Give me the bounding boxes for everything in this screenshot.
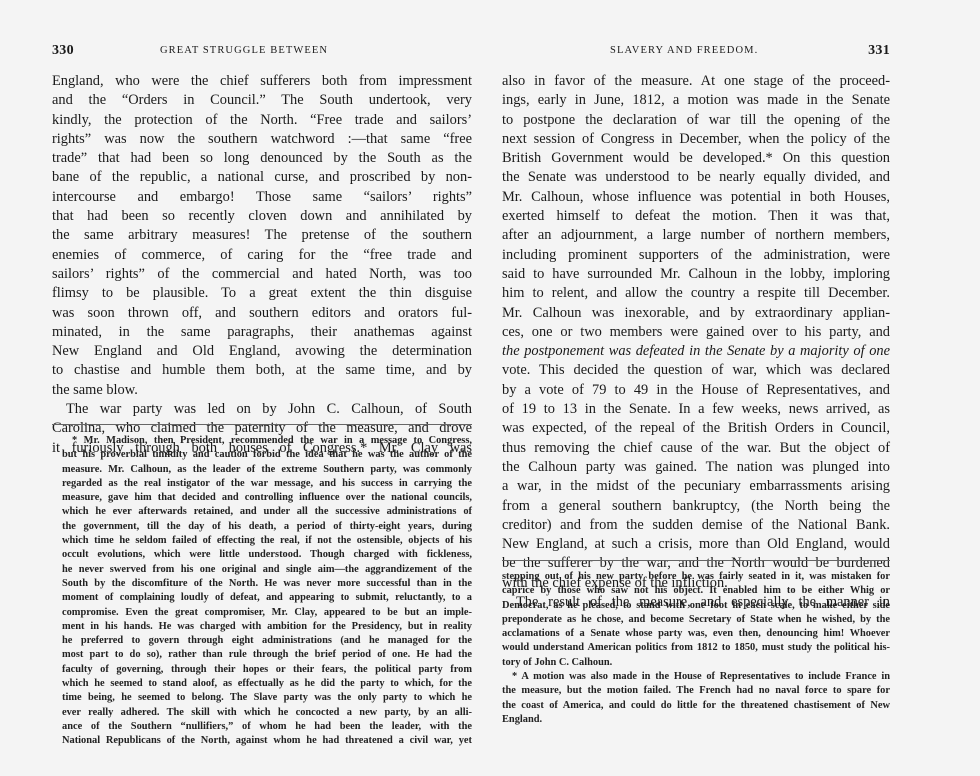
footnote-line: South by the discomfiture of the North. … [62, 577, 472, 591]
body-line: the Senate was understood to be nearly e… [502, 168, 890, 187]
body-line: and the “Orders in Council.” The South u… [52, 91, 472, 110]
body-line: ces, one or two members were gained over… [502, 323, 890, 342]
footnote-line: which he seemed to stand aloof, as effec… [62, 677, 472, 691]
body-line: was soon thrown off, and southern editor… [52, 304, 472, 323]
body-line: also in favor of the measure. At one sta… [502, 72, 890, 91]
body-line-italic: the postponement was defeated in the Sen… [502, 342, 890, 361]
body-line: exerted himself to defeat the motion. Th… [502, 207, 890, 226]
footnote-line: faculty of governing, through their hope… [62, 663, 472, 677]
footnote-line: * Mr. Madison, then President, recommend… [62, 434, 472, 448]
paragraph-start-line: The war party was led on by John C. Calh… [52, 400, 472, 419]
left-page: 330 GREAT STRUGGLE BETWEEN England, who … [52, 0, 472, 776]
footnote-line: most part to do so), rather than rule th… [62, 648, 472, 662]
body-line: to chastise and humble them both, at the… [52, 361, 472, 380]
footnote-line: acclamations of a Senate whose party was… [502, 627, 890, 641]
footnote-line: caprice by those who saw not his object.… [502, 584, 890, 598]
body-line: rights” was now the southern watchword :… [52, 130, 472, 149]
body-line: him to relent, and allow the country a r… [502, 284, 890, 303]
footnote-line: ever really adhered. The skill with whic… [62, 706, 472, 720]
footnote-divider [502, 560, 890, 561]
footnote-line: the government, till the day of his deat… [62, 520, 472, 534]
book-gutter [482, 0, 492, 776]
footnote-line: Democrat, as he pleased, to stand with o… [502, 599, 890, 613]
page-number: 330 [52, 43, 74, 59]
left-running-head: 330 GREAT STRUGGLE BETWEEN [52, 43, 472, 59]
right-footnotes: stepping out of his new party before he … [502, 570, 890, 727]
footnote-line: moment of complaining loudly of defeat, … [62, 591, 472, 605]
footnote-divider [52, 424, 472, 425]
body-line: from a general southern bankruptcy, (the… [502, 497, 890, 516]
body-line: of 19 to 13 in the Senate. In a few week… [502, 400, 890, 419]
body-line: the same arbitrary measures! The pretens… [52, 226, 472, 245]
footnote-line: he never swerved from his one original a… [62, 563, 472, 577]
footnote-line: tory of John C. Calhoun. [502, 656, 890, 670]
body-line: that had been so recently cloven down an… [52, 207, 472, 226]
footnote-line: the coast of America, and could do littl… [502, 699, 890, 713]
body-line: a war, in the midst of the pecuniary emb… [502, 477, 890, 496]
body-line: was expected, of the repeal of the Briti… [502, 419, 890, 438]
page-number: 331 [868, 43, 890, 59]
body-line: trade” that had been so long denounced b… [52, 149, 472, 168]
footnote-line: preponderate as he chose, and become Sec… [502, 613, 890, 627]
footnote-line: measure. Mr. Calhoun, as the leader of t… [62, 463, 472, 477]
footnote-line: which he ever afterwards retained, and u… [62, 505, 472, 519]
left-body-text: England, who were the chief sufferers bo… [52, 72, 472, 458]
body-line: after an adjournment, a large number of … [502, 226, 890, 245]
body-line: England, who were the chief sufferers bo… [52, 72, 472, 91]
running-head-title: GREAT STRUGGLE BETWEEN [160, 45, 328, 56]
body-line: Mr. Calhoun, whose influence was potenti… [502, 188, 890, 207]
right-running-head: SLAVERY AND FREEDOM. 331 [502, 43, 890, 59]
footnote-line: he preferred to govern through eight adm… [62, 634, 472, 648]
body-line: the same blow. [52, 381, 472, 400]
footnote-line: compromise. Even the great compromiser, … [62, 606, 472, 620]
body-line: New England and Old England, avowing the… [52, 342, 472, 361]
body-line: including prominent supporters of the ad… [502, 246, 890, 265]
footnote-line: but his proverbial timidity and caution … [62, 448, 472, 462]
body-line: British Government would be developed.* … [502, 149, 890, 168]
footnote-line: measure, gave him that decided and contr… [62, 491, 472, 505]
body-line: next session of Congress in December, wh… [502, 130, 890, 149]
footnote-line: National Republicans of the North, again… [62, 734, 472, 748]
body-line: the Calhoun party was gained. The nation… [502, 458, 890, 477]
body-line: flimsy to be plausible. To a great exten… [52, 284, 472, 303]
body-line: Mr. Calhoun was inexorable, and by extra… [502, 304, 890, 323]
footnote-line: regarded as the real instigator of the w… [62, 477, 472, 491]
footnote-line: stepping out of his new party before he … [502, 570, 890, 584]
body-line: minated, in the same paragraphs, their a… [52, 323, 472, 342]
body-line: creditor) and from the sudden demise of … [502, 516, 890, 535]
body-line: vote. This decided the question of war, … [502, 361, 890, 380]
body-line: bane of the republic, a national curse, … [52, 168, 472, 187]
body-line: by a vote of 79 to 49 in the House of Re… [502, 381, 890, 400]
body-line: kindly, the protection of the North. “Fr… [52, 111, 472, 130]
footnote-line: which time he seldom failed of effecting… [62, 534, 472, 548]
footnote-line: England. [502, 713, 890, 727]
body-line: thus removing the chief cause of the war… [502, 439, 890, 458]
body-line: ings, early in June, 1812, a motion was … [502, 91, 890, 110]
running-head-title: SLAVERY AND FREEDOM. [610, 45, 758, 56]
body-line: sailors’ rights” of the commercial and h… [52, 265, 472, 284]
footnote-line: ment in his hands. He was charged with a… [62, 620, 472, 634]
footnote-line: ance of the Southern “nullifiers,” of wh… [62, 720, 472, 734]
body-line: to postpone the declaration of war till … [502, 111, 890, 130]
footnote-line: time being, he seemed to belong. The Sla… [62, 691, 472, 705]
footnote-line: the measure, but the motion failed. The … [502, 684, 890, 698]
body-line: said to have surrounded Mr. Calhoun in t… [502, 265, 890, 284]
footnote-line: occult evolutions, which were little und… [62, 548, 472, 562]
footnote-line: * A motion was also made in the House of… [502, 670, 890, 684]
body-line: New England, at such a crisis, more than… [502, 535, 890, 554]
body-line: enemies of commerce, of caring for the “… [52, 246, 472, 265]
footnote-line: would understand American politics from … [502, 641, 890, 655]
body-line: intercourse and embargo! Those same “sai… [52, 188, 472, 207]
left-footnotes: * Mr. Madison, then President, recommend… [62, 434, 472, 749]
right-page: SLAVERY AND FREEDOM. 331 also in favor o… [502, 0, 890, 776]
right-body-text: also in favor of the measure. At one sta… [502, 72, 890, 612]
